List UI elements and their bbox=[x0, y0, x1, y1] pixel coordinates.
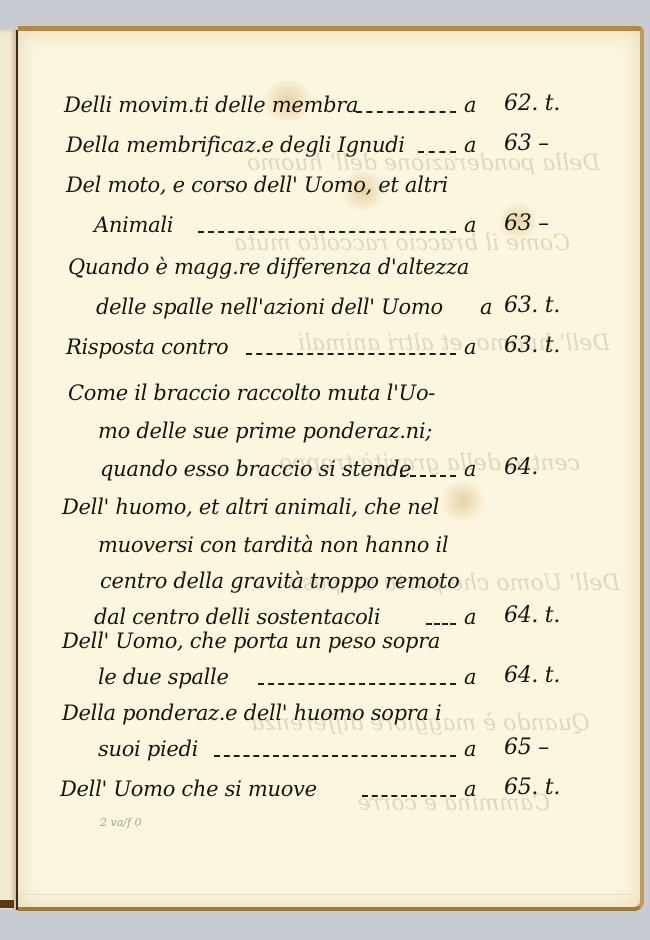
page-number: 63. t. bbox=[504, 293, 560, 318]
index-entry-continuation: delle spalle nell'azioni dell' Uomo a 63… bbox=[18, 291, 640, 331]
leader-marker: a bbox=[464, 665, 476, 689]
manuscript-page: Della ponderazione dell' huomo Come il b… bbox=[18, 26, 644, 911]
left-page-edge bbox=[0, 30, 18, 910]
entry-text: Dell' huomo, et altri animali, che nel bbox=[62, 495, 439, 519]
entry-text: centro della gravità troppo remoto bbox=[100, 569, 459, 593]
leader-marker: a bbox=[480, 295, 492, 319]
entry-text: quando esso braccio si stende bbox=[100, 457, 411, 481]
index-entry-continuation: quando esso braccio si stende a 64. bbox=[18, 453, 640, 493]
index-entry-continuation: centro della gravità troppo remoto bbox=[18, 565, 640, 605]
dotted-leader bbox=[400, 475, 456, 477]
page-number: 64. bbox=[504, 455, 538, 480]
index-entries: Delli movim.ti delle membra a 62. t. Del… bbox=[18, 31, 640, 907]
index-entry-continuation: Animali a 63 – bbox=[18, 209, 640, 249]
dotted-leader bbox=[214, 755, 456, 757]
page-number: 63 – bbox=[504, 211, 549, 236]
entry-text: muoversi con tardità non hanno il bbox=[98, 533, 448, 557]
entry-text: Come il braccio raccolto muta l'Uo- bbox=[68, 381, 435, 405]
leader-marker: a bbox=[464, 133, 476, 157]
index-entry: Dell' huomo, et altri animali, che nel bbox=[18, 491, 640, 531]
dotted-leader bbox=[362, 795, 456, 797]
dotted-leader bbox=[246, 353, 456, 355]
dotted-leader bbox=[356, 111, 456, 113]
index-entry-continuation: le due spalle a 64. t. bbox=[18, 661, 640, 701]
entry-text: delle spalle nell'azioni dell' Uomo bbox=[96, 295, 443, 319]
index-entry: Della membrificaz.e degli Ignudi a 63 – bbox=[18, 129, 640, 169]
leader-marker: a bbox=[464, 335, 476, 359]
pencil-note: 2 va/f 0 bbox=[100, 816, 142, 829]
entry-text: Quando è magg.re differenza d'altezza bbox=[68, 255, 469, 279]
entry-text: Del moto, e corso dell' Uomo, et altri bbox=[66, 173, 448, 197]
leader-marker: a bbox=[464, 93, 476, 117]
index-entry: Dell' Uomo che si muove a 65. t. bbox=[18, 773, 640, 813]
entry-text: Dell' Uomo, che porta un peso sopra bbox=[62, 629, 440, 653]
entry-text: suoi piedi bbox=[98, 737, 198, 761]
index-entry: Del moto, e corso dell' Uomo, et altri bbox=[18, 169, 640, 209]
index-entry-continuation: suoi piedi a 65 – bbox=[18, 733, 640, 773]
index-entry: Della ponderaz.e dell' huomo sopra i bbox=[18, 697, 640, 737]
index-entry-continuation: muoversi con tardità non hanno il bbox=[18, 529, 640, 569]
page-number: 63 – bbox=[504, 131, 549, 156]
entry-text: Della ponderaz.e dell' huomo sopra i bbox=[62, 701, 441, 725]
leader-marker: a bbox=[464, 737, 476, 761]
page-number: 64. t. bbox=[504, 663, 560, 688]
entry-text: Delli movim.ti delle membra bbox=[64, 93, 358, 117]
index-entry: Quando è magg.re differenza d'altezza bbox=[18, 251, 640, 291]
dotted-leader bbox=[418, 151, 456, 153]
entry-text: Animali bbox=[94, 213, 173, 237]
leader-marker: a bbox=[464, 777, 476, 801]
entry-text: mo delle sue prime ponderaz.ni; bbox=[98, 419, 432, 443]
index-entry: Risposta contro a 63. t. bbox=[18, 331, 640, 371]
entry-text: le due spalle bbox=[98, 665, 229, 689]
index-entry: Delli movim.ti delle membra a 62. t. bbox=[18, 89, 640, 129]
page-number: 65 – bbox=[504, 735, 549, 760]
page-number: 65. t. bbox=[504, 775, 560, 800]
entry-text: Dell' Uomo che si muove bbox=[60, 777, 317, 801]
entry-text: Risposta contro bbox=[66, 335, 228, 359]
page-number: 62. t. bbox=[504, 91, 560, 116]
page-number: 63. t. bbox=[504, 333, 560, 358]
index-entry: Dell' Uomo, che porta un peso sopra bbox=[18, 625, 640, 665]
left-page-corner bbox=[0, 900, 14, 908]
index-entry: Come il braccio raccolto muta l'Uo- bbox=[18, 377, 640, 417]
entry-text: Della membrificaz.e degli Ignudi bbox=[66, 133, 405, 157]
dotted-leader bbox=[198, 231, 456, 233]
leader-marker: a bbox=[464, 213, 476, 237]
dotted-leader bbox=[258, 683, 456, 685]
leader-marker: a bbox=[464, 457, 476, 481]
index-entry-continuation: mo delle sue prime ponderaz.ni; bbox=[18, 415, 640, 455]
